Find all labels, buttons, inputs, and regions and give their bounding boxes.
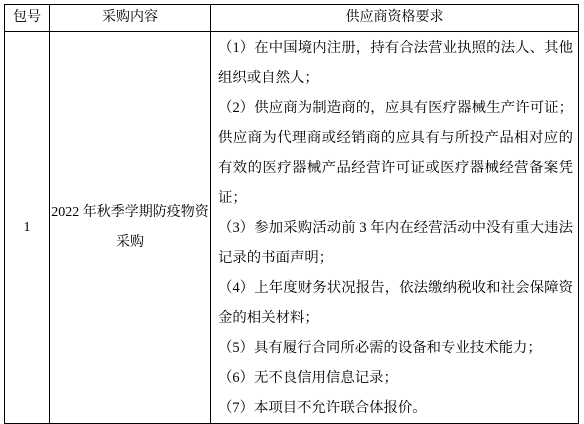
- header-supplier-qualification-requirements: 供应商资格要求: [211, 5, 579, 32]
- requirement-item-4: （4）上年度财务状况报告，依法缴纳税收和社会保障资金的相关材料；: [218, 273, 573, 333]
- requirement-item-2: （2）供应商为制造商的，应具有医疗器械生产许可证；供应商为代理商或经销商的应具有…: [218, 93, 573, 213]
- package-number-cell: 1: [5, 32, 50, 424]
- header-row: 包号 采购内容 供应商资格要求: [5, 5, 579, 32]
- requirement-item-5: （5）具有履行合同所必需的设备和专业技术能力；: [218, 333, 573, 363]
- header-procurement-content: 采购内容: [50, 5, 211, 32]
- procurement-content-cell: 2022 年秋季学期防疫物资采购: [50, 32, 211, 424]
- header-package-number: 包号: [5, 5, 50, 32]
- requirement-item-3: （3）参加采购活动前 3 年内在经营活动中没有重大违法记录的书面声明；: [218, 213, 573, 273]
- requirement-item-6: （6）无不良信用信息记录；: [218, 363, 573, 393]
- requirement-item-7: （7）本项目不允许联合体报价。: [218, 393, 573, 423]
- requirement-item-1: （1）在中国境内注册，持有合法营业执照的法人、其他组织或自然人；: [218, 33, 573, 93]
- procurement-qualification-table: 包号 采购内容 供应商资格要求 1 2022 年秋季学期防疫物资采购 （1）在中…: [4, 4, 579, 424]
- table-row: 1 2022 年秋季学期防疫物资采购 （1）在中国境内注册，持有合法营业执照的法…: [5, 32, 579, 424]
- requirements-cell: （1）在中国境内注册，持有合法营业执照的法人、其他组织或自然人； （2）供应商为…: [211, 32, 579, 424]
